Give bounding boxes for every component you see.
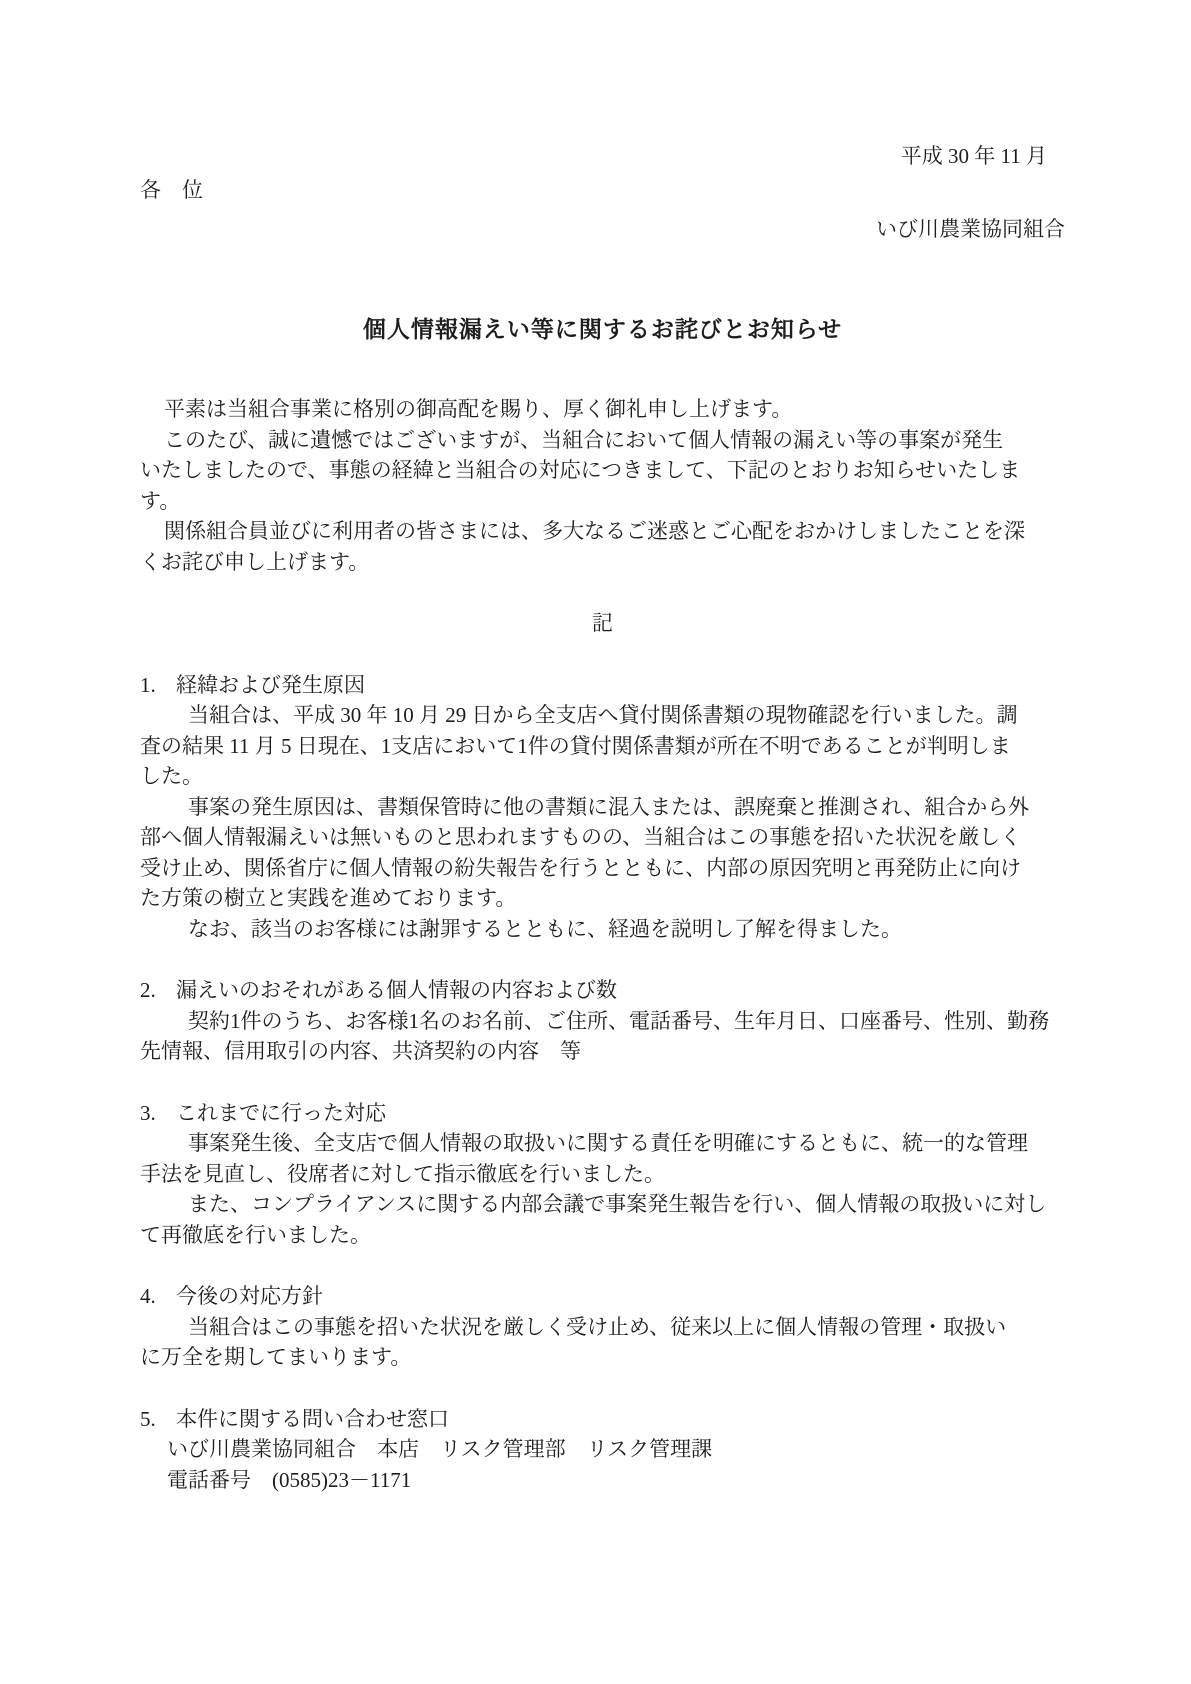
section: 5.本件に関する問い合わせ窓口いび川農業協同組合 本店 リスク管理部 リスク管理… — [140, 1404, 1065, 1496]
contact-line: 電話番号 (0585)23－1171 — [167, 1465, 1065, 1496]
section-heading-text: これまでに行った対応 — [176, 1101, 386, 1125]
body-line: 契約1件のうち、お客様1名のお名前、ご住所、電話番号、生年月日、口座番号、性別、… — [140, 1006, 1065, 1037]
section-paragraph: 事案の発生原因は、書類保管時に他の書類に混入または、誤廃棄と推測され、組合から外… — [140, 792, 1065, 914]
intro-paragraph: 関係組合員並びに利用者の皆さまには、多大なるご迷惑とご心配をおかけしましたことを… — [140, 516, 1065, 577]
document-content: 平成 30 年 11 月 各 位 いび川農業協同組合 個人情報漏えい等に関するお… — [0, 0, 1191, 1495]
body-line: 部へ個人情報漏えいは無いものと思われますものの、当組合はこの事態を招いた状況を厳… — [140, 822, 1065, 853]
section-heading-text: 今後の対応方針 — [176, 1284, 323, 1308]
document-title: 個人情報漏えい等に関するお詫びとお知らせ — [140, 314, 1065, 346]
body-line: に万全を期してまいります。 — [140, 1342, 1065, 1373]
body-line: 事案発生後、全支店で個人情報の取扱いに関する責任を明確にするともに、統一的な管理 — [140, 1128, 1065, 1159]
section-paragraph: 当組合は、平成 30 年 10 月 29 日から全支店へ貸付関係書類の現物確認を… — [140, 700, 1065, 792]
section: 1.経緯および発生原因当組合は、平成 30 年 10 月 29 日から全支店へ貸… — [140, 670, 1065, 945]
body-line: くお詫び申し上げます。 — [140, 547, 1065, 578]
section-heading: 4.今後の対応方針 — [140, 1281, 1065, 1312]
section-heading: 1.経緯および発生原因 — [140, 670, 1065, 701]
body-line: す。 — [140, 486, 1065, 517]
section-number: 4. — [140, 1281, 176, 1312]
section-heading: 3.これまでに行った対応 — [140, 1098, 1065, 1129]
body-line: した。 — [140, 761, 1065, 792]
body-line: た方策の樹立と実践を進めております。 — [140, 883, 1065, 914]
intro-paragraph: このたび、誠に遺憾ではございますが、当組合において個人情報の漏えい等の事案が発生… — [140, 425, 1065, 517]
section: 4.今後の対応方針当組合はこの事態を招いた状況を厳しく受け止め、従来以上に個人情… — [140, 1281, 1065, 1373]
body-line: 事案の発生原因は、書類保管時に他の書類に混入または、誤廃棄と推測され、組合から外 — [140, 792, 1065, 823]
body-line: 手法を見直し、役席者に対して指示徹底を行いました。 — [140, 1159, 1065, 1190]
sender-name: いび川農業協同組合 — [140, 216, 1065, 242]
section-heading: 2.漏えいのおそれがある個人情報の内容および数 — [140, 975, 1065, 1006]
section-paragraph: 事案発生後、全支店で個人情報の取扱いに関する責任を明確にするともに、統一的な管理… — [140, 1128, 1065, 1189]
contact-line: いび川農業協同組合 本店 リスク管理部 リスク管理課 — [167, 1434, 1065, 1465]
body-line: 査の結果 11 月 5 日現在、1支店において1件の貸付関係書類が所在不明である… — [140, 731, 1065, 762]
body-line: 当組合はこの事態を招いた状況を厳しく受け止め、従来以上に個人情報の管理・取扱い — [140, 1312, 1065, 1343]
body-line: 関係組合員並びに利用者の皆さまには、多大なるご迷惑とご心配をおかけしましたことを… — [140, 516, 1065, 547]
section-heading: 5.本件に関する問い合わせ窓口 — [140, 1404, 1065, 1435]
section-heading-text: 本件に関する問い合わせ窓口 — [176, 1407, 449, 1431]
record-mark: 記 — [140, 608, 1065, 639]
issue-date: 平成 30 年 11 月 — [140, 0, 1065, 169]
section: 2.漏えいのおそれがある個人情報の内容および数契約1件のうち、お客様1名のお名前… — [140, 975, 1065, 1067]
body-line: 当組合は、平成 30 年 10 月 29 日から全支店へ貸付関係書類の現物確認を… — [140, 700, 1065, 731]
sections-block: 1.経緯および発生原因当組合は、平成 30 年 10 月 29 日から全支店へ貸… — [140, 670, 1065, 1496]
section-heading-text: 経緯および発生原因 — [176, 673, 365, 697]
document-page: 平成 30 年 11 月 各 位 いび川農業協同組合 個人情報漏えい等に関するお… — [0, 0, 1191, 1684]
section-paragraph: 当組合はこの事態を招いた状況を厳しく受け止め、従来以上に個人情報の管理・取扱いに… — [140, 1312, 1065, 1373]
section: 3.これまでに行った対応事案発生後、全支店で個人情報の取扱いに関する責任を明確に… — [140, 1098, 1065, 1251]
section-number: 2. — [140, 975, 176, 1006]
body-line: なお、該当のお客様には謝罪するとともに、経過を説明し了解を得ました。 — [140, 914, 1065, 945]
section-number: 1. — [140, 670, 176, 701]
body-line: また、コンプライアンスに関する内部会議で事案発生報告を行い、個人情報の取扱いに対… — [140, 1189, 1065, 1220]
intro-block: 平素は当組合事業に格別の御高配を賜り、厚く御礼申し上げます。このたび、誠に遺憾で… — [140, 394, 1065, 577]
body-line: 平素は当組合事業に格別の御高配を賜り、厚く御礼申し上げます。 — [140, 394, 1065, 425]
body-line: 受け止め、関係省庁に個人情報の紛失報告を行うとともに、内部の原因究明と再発防止に… — [140, 853, 1065, 884]
section-number: 3. — [140, 1098, 176, 1129]
body-line: て再徹底を行いました。 — [140, 1220, 1065, 1251]
section-paragraph: なお、該当のお客様には謝罪するとともに、経過を説明し了解を得ました。 — [140, 914, 1065, 945]
section-heading-text: 漏えいのおそれがある個人情報の内容および数 — [176, 978, 617, 1002]
addressee: 各 位 — [140, 177, 1065, 203]
body-line: いたしましたので、事態の経緯と当組合の対応につきまして、下記のとおりお知らせいた… — [140, 455, 1065, 486]
body-line: このたび、誠に遺憾ではございますが、当組合において個人情報の漏えい等の事案が発生 — [140, 425, 1065, 456]
intro-paragraph: 平素は当組合事業に格別の御高配を賜り、厚く御礼申し上げます。 — [140, 394, 1065, 425]
section-paragraph: また、コンプライアンスに関する内部会議で事案発生報告を行い、個人情報の取扱いに対… — [140, 1189, 1065, 1250]
body-line: 先情報、信用取引の内容、共済契約の内容 等 — [140, 1036, 1065, 1067]
section-number: 5. — [140, 1404, 176, 1435]
section-paragraph: 契約1件のうち、お客様1名のお名前、ご住所、電話番号、生年月日、口座番号、性別、… — [140, 1006, 1065, 1067]
